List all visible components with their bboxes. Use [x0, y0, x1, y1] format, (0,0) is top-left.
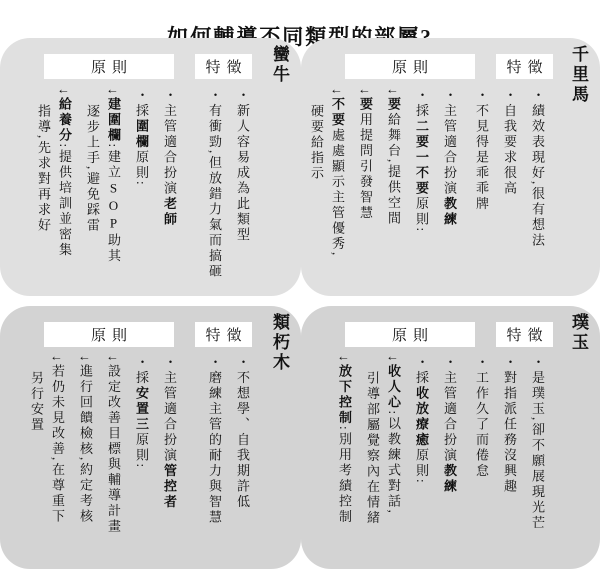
text-line-item: ・採收放療癒原則:: [411, 355, 432, 565]
down-arrow-icon: ↓: [386, 88, 401, 97]
text-line-item: ・新人容易成為此類型: [232, 88, 253, 290]
text-line-item: ・工作久了而倦怠: [471, 355, 492, 565]
text-segment: 若仍未見改善,在尊重下: [50, 364, 65, 525]
text-segment: 老師: [162, 197, 177, 228]
text-segment: ・主管適合扮演: [162, 88, 177, 197]
text-line-cont: 另行安置: [26, 355, 47, 565]
down-arrow-icon: ↓: [337, 355, 352, 364]
text-line-item: ・採二要一不要原則:: [411, 88, 432, 290]
text-line-item: ・是璞玉,卻不願展現光芒: [527, 355, 548, 565]
features-header: 特徵: [195, 322, 252, 347]
text-line-item: ・主管適合扮演老師: [159, 88, 180, 290]
text-line-item: ・磨練主管的耐力與智慧: [204, 355, 225, 565]
text-segment: :建立: [106, 144, 121, 181]
features-header: 特徵: [195, 54, 252, 79]
text-segment: 要: [386, 97, 401, 113]
features-list: ・不想學、自我期許低・磨練主管的耐力與智慧: [204, 355, 253, 565]
features-list: ・是璞玉,卻不願展現光芒・對指派任務沒興趣・工作久了而倦怠: [471, 355, 548, 565]
text-line-arrow: ↓收人心:以教練式對話,: [383, 355, 404, 565]
text-line-arrow: ↓設定改善目標與輔導計畫: [103, 355, 124, 565]
text-line-arrow: ↓進行回饋檢核,約定考核: [75, 355, 96, 565]
text-segment: ・採: [134, 88, 149, 119]
text-segment: ・採: [414, 355, 429, 386]
text-line-item: ・有衝勁,但放錯力氣而搞砸: [204, 88, 225, 290]
text-line-arrow: ↓不要處處顯示主管優秀,: [327, 88, 348, 290]
text-segment: ・採: [134, 355, 149, 386]
text-line-item: ・對指派任務沒興趣: [499, 355, 520, 565]
text-segment: ・工作久了而倦怠: [474, 355, 489, 479]
text-segment: 不要: [330, 97, 345, 128]
text-segment: 要: [358, 97, 373, 113]
text-segment: 用提問引發智慧: [358, 113, 373, 222]
down-arrow-icon: ↓: [57, 88, 72, 97]
text-segment: ・是璞玉,卻不願展現光芒: [530, 355, 545, 531]
text-segment: 另行安置: [29, 371, 44, 433]
quadrant-label: 璞玉: [566, 313, 591, 353]
down-arrow-icon: ↓: [50, 355, 65, 364]
text-line-item: ・採圍欄原則:: [131, 88, 152, 290]
text-line-item: ・採安置三原則:: [131, 355, 152, 565]
down-arrow-icon: ↓: [358, 88, 373, 97]
text-segment: ・新人容易成為此類型: [235, 88, 250, 243]
down-arrow-icon: ↓: [106, 88, 121, 97]
principles-list: ・主管適合扮演管控者・採安置三原則:↓設定改善目標與輔導計畫↓進行回饋檢核,約定…: [26, 355, 180, 565]
text-segment: 助其: [106, 233, 121, 264]
text-segment: 二要一不要: [414, 119, 429, 197]
text-line-arrow: ↓給養分:提供培訓並密集: [54, 88, 75, 290]
text-line-item: ・主管適合扮演教練: [439, 88, 460, 290]
down-arrow-icon: ↓: [78, 355, 93, 364]
text-segment: ・主管適合扮演: [442, 355, 457, 464]
text-line-cont: 引導部屬覺察內在情緒: [362, 355, 383, 565]
text-segment: ・主管適合扮演: [442, 88, 457, 197]
text-segment: 安置三: [134, 386, 149, 433]
text-line-item: ・主管適合扮演教練: [439, 355, 460, 565]
text-segment: ・對指派任務沒興趣: [502, 355, 517, 495]
text-segment: 原則:: [134, 433, 149, 470]
text-segment: ・有衝勁,但放錯力氣而搞砸: [207, 88, 222, 280]
text-line-arrow: ↓放下控制:別用考績控制: [334, 355, 355, 565]
text-segment: 給養分: [57, 97, 72, 144]
text-segment: 原則:: [414, 197, 429, 234]
text-segment: SOP: [106, 181, 121, 234]
text-line-arrow: ↓若仍未見改善,在尊重下: [47, 355, 68, 565]
down-arrow-icon: ↓: [330, 88, 345, 97]
principles-header: 原則: [44, 54, 174, 79]
text-line-arrow: ↓要用提問引發智慧: [355, 88, 376, 290]
features-list: ・績效表現好,很有想法・自我要求很高・不見得是乖乖牌: [471, 88, 548, 290]
text-line-cont: 指導,先求對再求好: [33, 88, 54, 290]
text-line-cont: 逐步上手,避免踩雷: [82, 88, 103, 290]
quadrant-top-left: 原則 特徵 蠻牛 ・新人容易成為此類型・有衝勁,但放錯力氣而搞砸 ・主管適合扮演…: [0, 38, 301, 296]
down-arrow-icon: ↓: [106, 355, 121, 364]
quadrant-label: 千里馬: [566, 45, 591, 105]
quadrant-bottom-right: 原則 特徵 璞玉 ・是璞玉,卻不願展現光芒・對指派任務沒興趣・工作久了而倦怠 ・…: [301, 306, 600, 569]
principles-list: ・主管適合扮演教練・採收放療癒原則:↓收人心:以教練式對話,引導部屬覺察內在情緒…: [334, 355, 460, 565]
text-segment: 管控者: [162, 464, 177, 511]
text-line-arrow: ↓要給舞台,提供空間: [383, 88, 404, 290]
text-segment: 原則:: [134, 150, 149, 187]
text-segment: :以教練式對話,: [386, 411, 401, 516]
text-segment: 硬要給指示: [309, 104, 324, 182]
text-line-item: ・績效表現好,很有想法: [527, 88, 548, 290]
text-segment: 教練: [442, 464, 457, 495]
text-segment: ・採: [414, 88, 429, 119]
text-segment: 給舞台,提供空間: [386, 113, 401, 227]
text-line-item: ・自我要求很高: [499, 88, 520, 290]
text-segment: ・主管適合扮演: [162, 355, 177, 464]
text-line-arrow: ↓建圍欄:建立SOP助其: [103, 88, 124, 290]
text-line-item: ・不見得是乖乖牌: [471, 88, 492, 290]
features-header: 特徵: [496, 54, 553, 79]
text-segment: 收放療癒: [414, 386, 429, 448]
quadrant-label: 類朽木: [267, 313, 292, 373]
text-segment: 原則:: [414, 448, 429, 485]
text-segment: ・自我要求很高: [502, 88, 517, 197]
principles-list: ・主管適合扮演老師・採圍欄原則:↓建圍欄:建立SOP助其逐步上手,避免踩雷↓給養…: [33, 88, 180, 290]
text-segment: 設定改善目標與輔導計畫: [106, 364, 121, 535]
down-arrow-icon: ↓: [386, 355, 401, 364]
text-segment: :提供培訓並密集: [57, 144, 72, 259]
features-list: ・新人容易成為此類型・有衝勁,但放錯力氣而搞砸: [204, 88, 253, 290]
text-segment: 逐步上手,避免踩雷: [85, 104, 100, 234]
quadrant-label: 蠻牛: [267, 45, 292, 85]
text-segment: 放下控制: [337, 364, 352, 426]
text-segment: 指導,先求對再求好: [36, 104, 51, 234]
quadrant-bottom-left: 原則 特徵 類朽木 ・不想學、自我期許低・磨練主管的耐力與智慧 ・主管適合扮演管…: [0, 306, 301, 569]
text-segment: 建圍欄: [106, 97, 121, 144]
principles-header: 原則: [345, 54, 475, 79]
text-line-cont: 硬要給指示: [306, 88, 327, 290]
principles-list: ・主管適合扮演教練・採二要一不要原則:↓要給舞台,提供空間↓要用提問引發智慧↓不…: [306, 88, 460, 290]
principles-header: 原則: [44, 322, 174, 347]
text-segment: ・磨練主管的耐力與智慧: [207, 355, 222, 526]
infographic: 如何輔導不同類型的部屬? 原則 特徵 蠻牛 ・新人容易成為此類型・有衝勁,但放錯…: [0, 0, 600, 569]
text-line-item: ・主管適合扮演管控者: [159, 355, 180, 565]
text-segment: ・不見得是乖乖牌: [474, 88, 489, 212]
text-segment: ・不想學、自我期許低: [235, 355, 250, 510]
text-segment: 收人心: [386, 364, 401, 411]
text-segment: 教練: [442, 197, 457, 228]
text-segment: 處處顯示主管優秀,: [330, 128, 345, 258]
features-header: 特徵: [496, 322, 553, 347]
text-segment: :別用考績控制: [337, 426, 352, 525]
text-segment: 進行回饋檢核,約定考核: [78, 364, 93, 525]
text-segment: ・績效表現好,很有想法: [530, 88, 545, 249]
text-segment: 引導部屬覺察內在情緒: [365, 371, 380, 526]
quadrant-top-right: 原則 特徵 千里馬 ・績效表現好,很有想法・自我要求很高・不見得是乖乖牌 ・主管…: [301, 38, 600, 296]
text-line-item: ・不想學、自我期許低: [232, 355, 253, 565]
principles-header: 原則: [345, 322, 475, 347]
text-segment: 圍欄: [134, 119, 149, 150]
